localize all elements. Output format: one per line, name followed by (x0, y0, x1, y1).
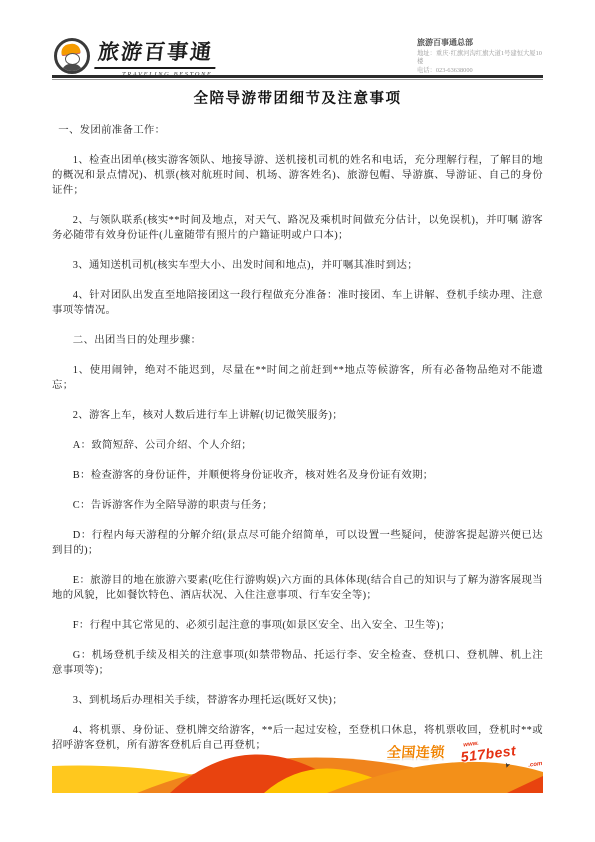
page-title: 全陪导游带团细节及注意事项 (52, 90, 543, 108)
company-info: 旅游百事通总部 地址：重庆·红旗河沟红旗大道1号建恒大厦10楼 电话：023-6… (417, 39, 547, 75)
logo-com-text: .com (528, 761, 543, 769)
paragraph: 2、与领队联系(核实**时间及地点，对天气、路况及乘机时间做充分估计，以免误机)… (52, 213, 543, 243)
letterhead: 旅游百事通 TRAVELING BESTONE 旅游百事通总部 地址：重庆·红旗… (52, 36, 543, 74)
paragraph: C：告诉游客作为全陪导游的职责与任务； (52, 498, 543, 513)
paragraph: 3、到机场后办理相关手续，替游客办理托运(既好又快)； (52, 693, 543, 708)
cursor-arrow-icon: ➤ (502, 761, 511, 769)
mascot-badge-icon (54, 38, 90, 74)
paragraph: 3、通知送机司机(核实车型大小、出发时间和地点)，并叮嘱其准时到达； (52, 258, 543, 273)
paragraph: 二、出团当日的处理步骤： (52, 333, 543, 348)
paragraph: 1、检查出团单(核实游客领队、地接导游、送机接机司机的姓名和电话，充分理解行程，… (52, 153, 543, 198)
document-body: 全陪导游带团细节及注意事项 一、发团前准备工作：1、检查出团单(核实游客领队、地… (52, 90, 543, 753)
brand-name: 旅游百事通 (94, 36, 218, 69)
paragraph: B：检查游客的身份证件，并顺便将身份证收齐，核对姓名及身份证有效期； (52, 468, 543, 483)
brand-block: 旅游百事通 TRAVELING BESTONE (96, 36, 217, 78)
paragraph: 一、发团前准备工作： (52, 123, 543, 138)
mascot-shirt-icon (62, 64, 82, 73)
footer: 全国连锁 www. 517best ➤ .com (52, 752, 543, 793)
header-divider (52, 75, 543, 80)
document-page: 旅游百事通 TRAVELING BESTONE 旅游百事通总部 地址：重庆·红旗… (0, 0, 595, 842)
company-phone: 电话：023-63638000 (417, 67, 547, 76)
company-address: 地址：重庆·红旗河沟红旗大道1号建恒大厦10楼 (417, 50, 547, 67)
517best-logo: www. 517best ➤ .com (458, 737, 545, 775)
paragraph: D：行程内每天游程的分解介绍(景点尽可能介绍简单，可以设置一些疑问，使游客提起游… (52, 528, 543, 558)
paragraph: G：机场登机手续及相关的注意事项(如禁带物品、托运行李、安全检查、登机口、登机牌… (52, 648, 543, 678)
paragraph: E：旅游目的地在旅游六要素(吃住行游购娱)六方面的具体体现(结合自己的知识与了解… (52, 573, 543, 603)
paragraph: 4、针对团队出发直至地陪接团这一段行程做充分准备：准时接团、车上讲解、登机手续办… (52, 288, 543, 318)
paragraph: 1、使用闹钟，绝对不能迟到，尽量在**时间之前赶到**地点等候游客，所有必备物品… (52, 363, 543, 393)
paragraph-list: 一、发团前准备工作：1、检查出团单(核实游客领队、地接导游、送机接机司机的姓名和… (52, 123, 543, 753)
paragraph: 2、游客上车，核对人数后进行车上讲解(切记微笑服务)； (52, 408, 543, 423)
company-name: 旅游百事通总部 (417, 39, 547, 48)
footer-logos: 全国连锁 www. 517best ➤ .com (387, 742, 543, 770)
paragraph: A：致简短辞、公司介绍、个人介绍； (52, 438, 543, 453)
nationwide-chain-label: 全国连锁 (386, 742, 446, 762)
paragraph: F：行程中其它常见的、必须引起注意的事项(如景区安全、出入安全、卫生等)； (52, 618, 543, 633)
